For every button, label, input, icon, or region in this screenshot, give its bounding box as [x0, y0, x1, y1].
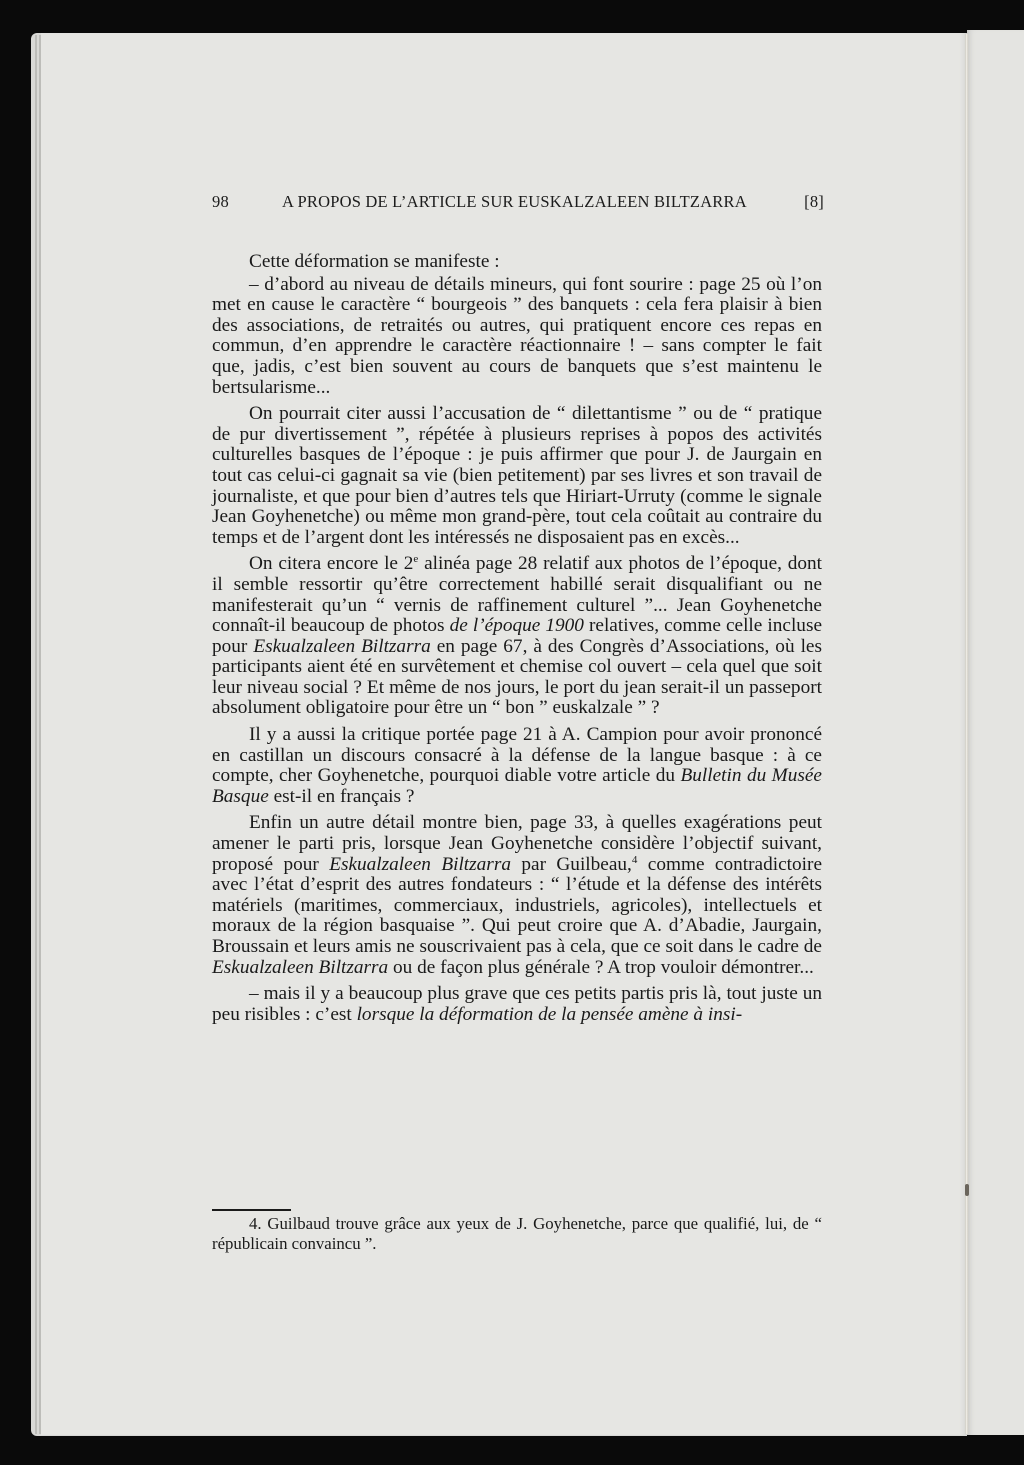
- body-text: Cette déformation se manifeste : – d’abo…: [212, 252, 822, 1025]
- italic-title: Eskualzaleen Biltzarra: [253, 636, 430, 657]
- facing-page-sliver: [967, 30, 1024, 1435]
- footnote-text: Guilbaud trouve grâce aux yeux de J. Goy…: [212, 1214, 822, 1253]
- paragraph: On citera encore le 2e alinéa page 28 re…: [212, 554, 822, 719]
- italic-run: de l’époque 1900: [450, 615, 584, 636]
- paragraph: – d’abord au niveau de détails mineurs, …: [212, 275, 822, 399]
- italic-title: Eskualzaleen Biltzarra: [212, 957, 388, 978]
- footnote-separator: [212, 1209, 291, 1211]
- italic-run: lorsque la déformation de la pensée amèn…: [357, 1004, 743, 1025]
- footnote: 4. Guilbaud trouve grâce aux yeux de J. …: [212, 1214, 822, 1254]
- book-gutter: [965, 34, 968, 1434]
- paragraph: Enfin un autre détail montre bien, page …: [212, 813, 822, 978]
- section-number: [8]: [804, 192, 824, 212]
- text-run: On citera encore le 2: [249, 553, 413, 574]
- running-header: 98 A PROPOS DE L’ARTICLE SUR EUSKALZALEE…: [212, 192, 824, 218]
- gutter-mark: [965, 1184, 969, 1196]
- text-run: ou de façon plus géné­rale ? A trop voul…: [388, 957, 814, 978]
- page-number: 98: [212, 192, 229, 212]
- paragraph: – mais il y a beaucoup plus grave que ce…: [212, 984, 822, 1025]
- text-run: par Guilbeau,: [511, 854, 632, 875]
- footnote-number: 4.: [249, 1214, 262, 1233]
- paragraph: Il y a aussi la critique portée page 21 …: [212, 725, 822, 807]
- text-run: est-il en français ?: [269, 786, 415, 807]
- running-title: A PROPOS DE L’ARTICLE SUR EUSKALZALEEN B…: [282, 192, 747, 212]
- paragraph: Cette déformation se manifeste :: [212, 252, 822, 273]
- page-edge-line: [35, 35, 37, 1434]
- italic-title: Eskualzaleen Biltzarra: [329, 854, 511, 875]
- paragraph: On pourrait citer aussi l’accusation de …: [212, 404, 822, 548]
